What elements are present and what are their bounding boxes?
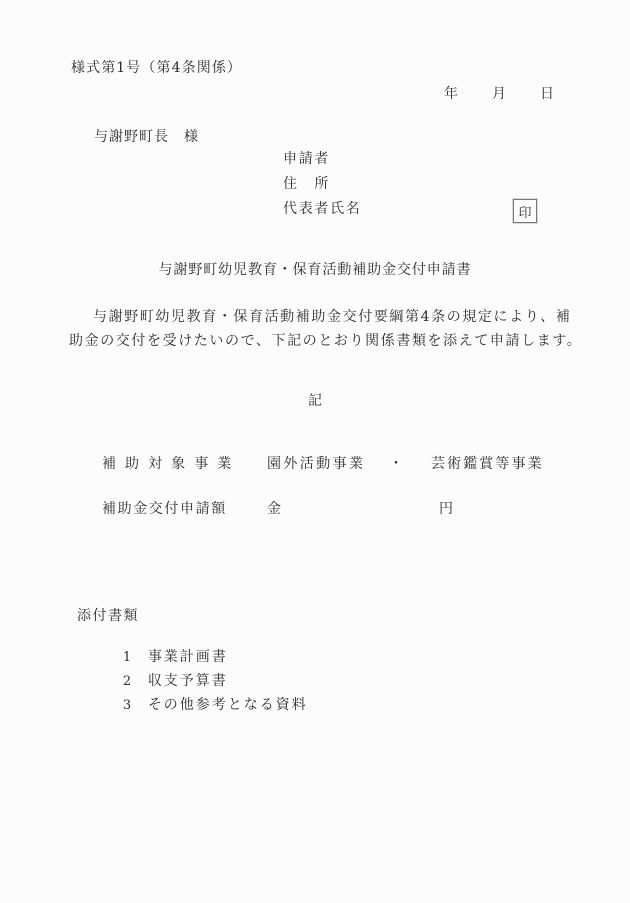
subsidy-target-separator: ・ bbox=[389, 456, 403, 473]
attachment-item-number: 3 bbox=[123, 697, 148, 714]
addressee: 与謝野町長 様 bbox=[94, 129, 199, 146]
amount-suffix: 円 bbox=[439, 501, 453, 518]
year-label: 年 bbox=[444, 86, 458, 103]
attachments-heading: 添付書類 bbox=[77, 608, 139, 625]
subsidy-target-label: 補 助 対 象 事 業 bbox=[102, 456, 234, 473]
document-page: 様式第1号（第4条関係） 年 月 日 与謝野町長 様 申請者 住 所 代表者氏名… bbox=[0, 0, 630, 903]
day-label: 日 bbox=[540, 86, 554, 103]
subsidy-target-option1: 園外活動事業 bbox=[267, 456, 365, 473]
representative-name-label: 代表者氏名 bbox=[283, 201, 362, 218]
seal-box: 印 bbox=[513, 199, 537, 223]
body-paragraph-line1: 与謝野町幼児教育・保育活動補助金交付要綱第4条の規定により、補 bbox=[93, 309, 572, 326]
attachment-item: 3その他参考となる資料 bbox=[97, 680, 308, 731]
body-paragraph-line2: 助金の交付を受けたいので、下記のとおり関係書類を添えて申請します。 bbox=[69, 333, 582, 350]
seal-mark: 印 bbox=[518, 202, 531, 221]
note-marker: 記 bbox=[0, 393, 630, 410]
applicant-heading: 申請者 bbox=[283, 151, 330, 168]
date-line: 年 月 日 bbox=[444, 86, 554, 103]
applicant-address-label: 住 所 bbox=[283, 176, 330, 193]
month-label: 月 bbox=[492, 86, 506, 103]
amount-prefix: 金 bbox=[267, 501, 281, 518]
document-title: 与謝野町幼児教育・保育活動補助金交付申請書 bbox=[0, 262, 630, 279]
attachment-item-text: その他参考となる資料 bbox=[148, 697, 308, 713]
subsidy-target-option2: 芸術鑑賞等事業 bbox=[431, 456, 544, 473]
form-number: 様式第1号（第4条関係） bbox=[71, 60, 242, 77]
application-amount-label: 補助金交付申請額 bbox=[102, 501, 227, 518]
